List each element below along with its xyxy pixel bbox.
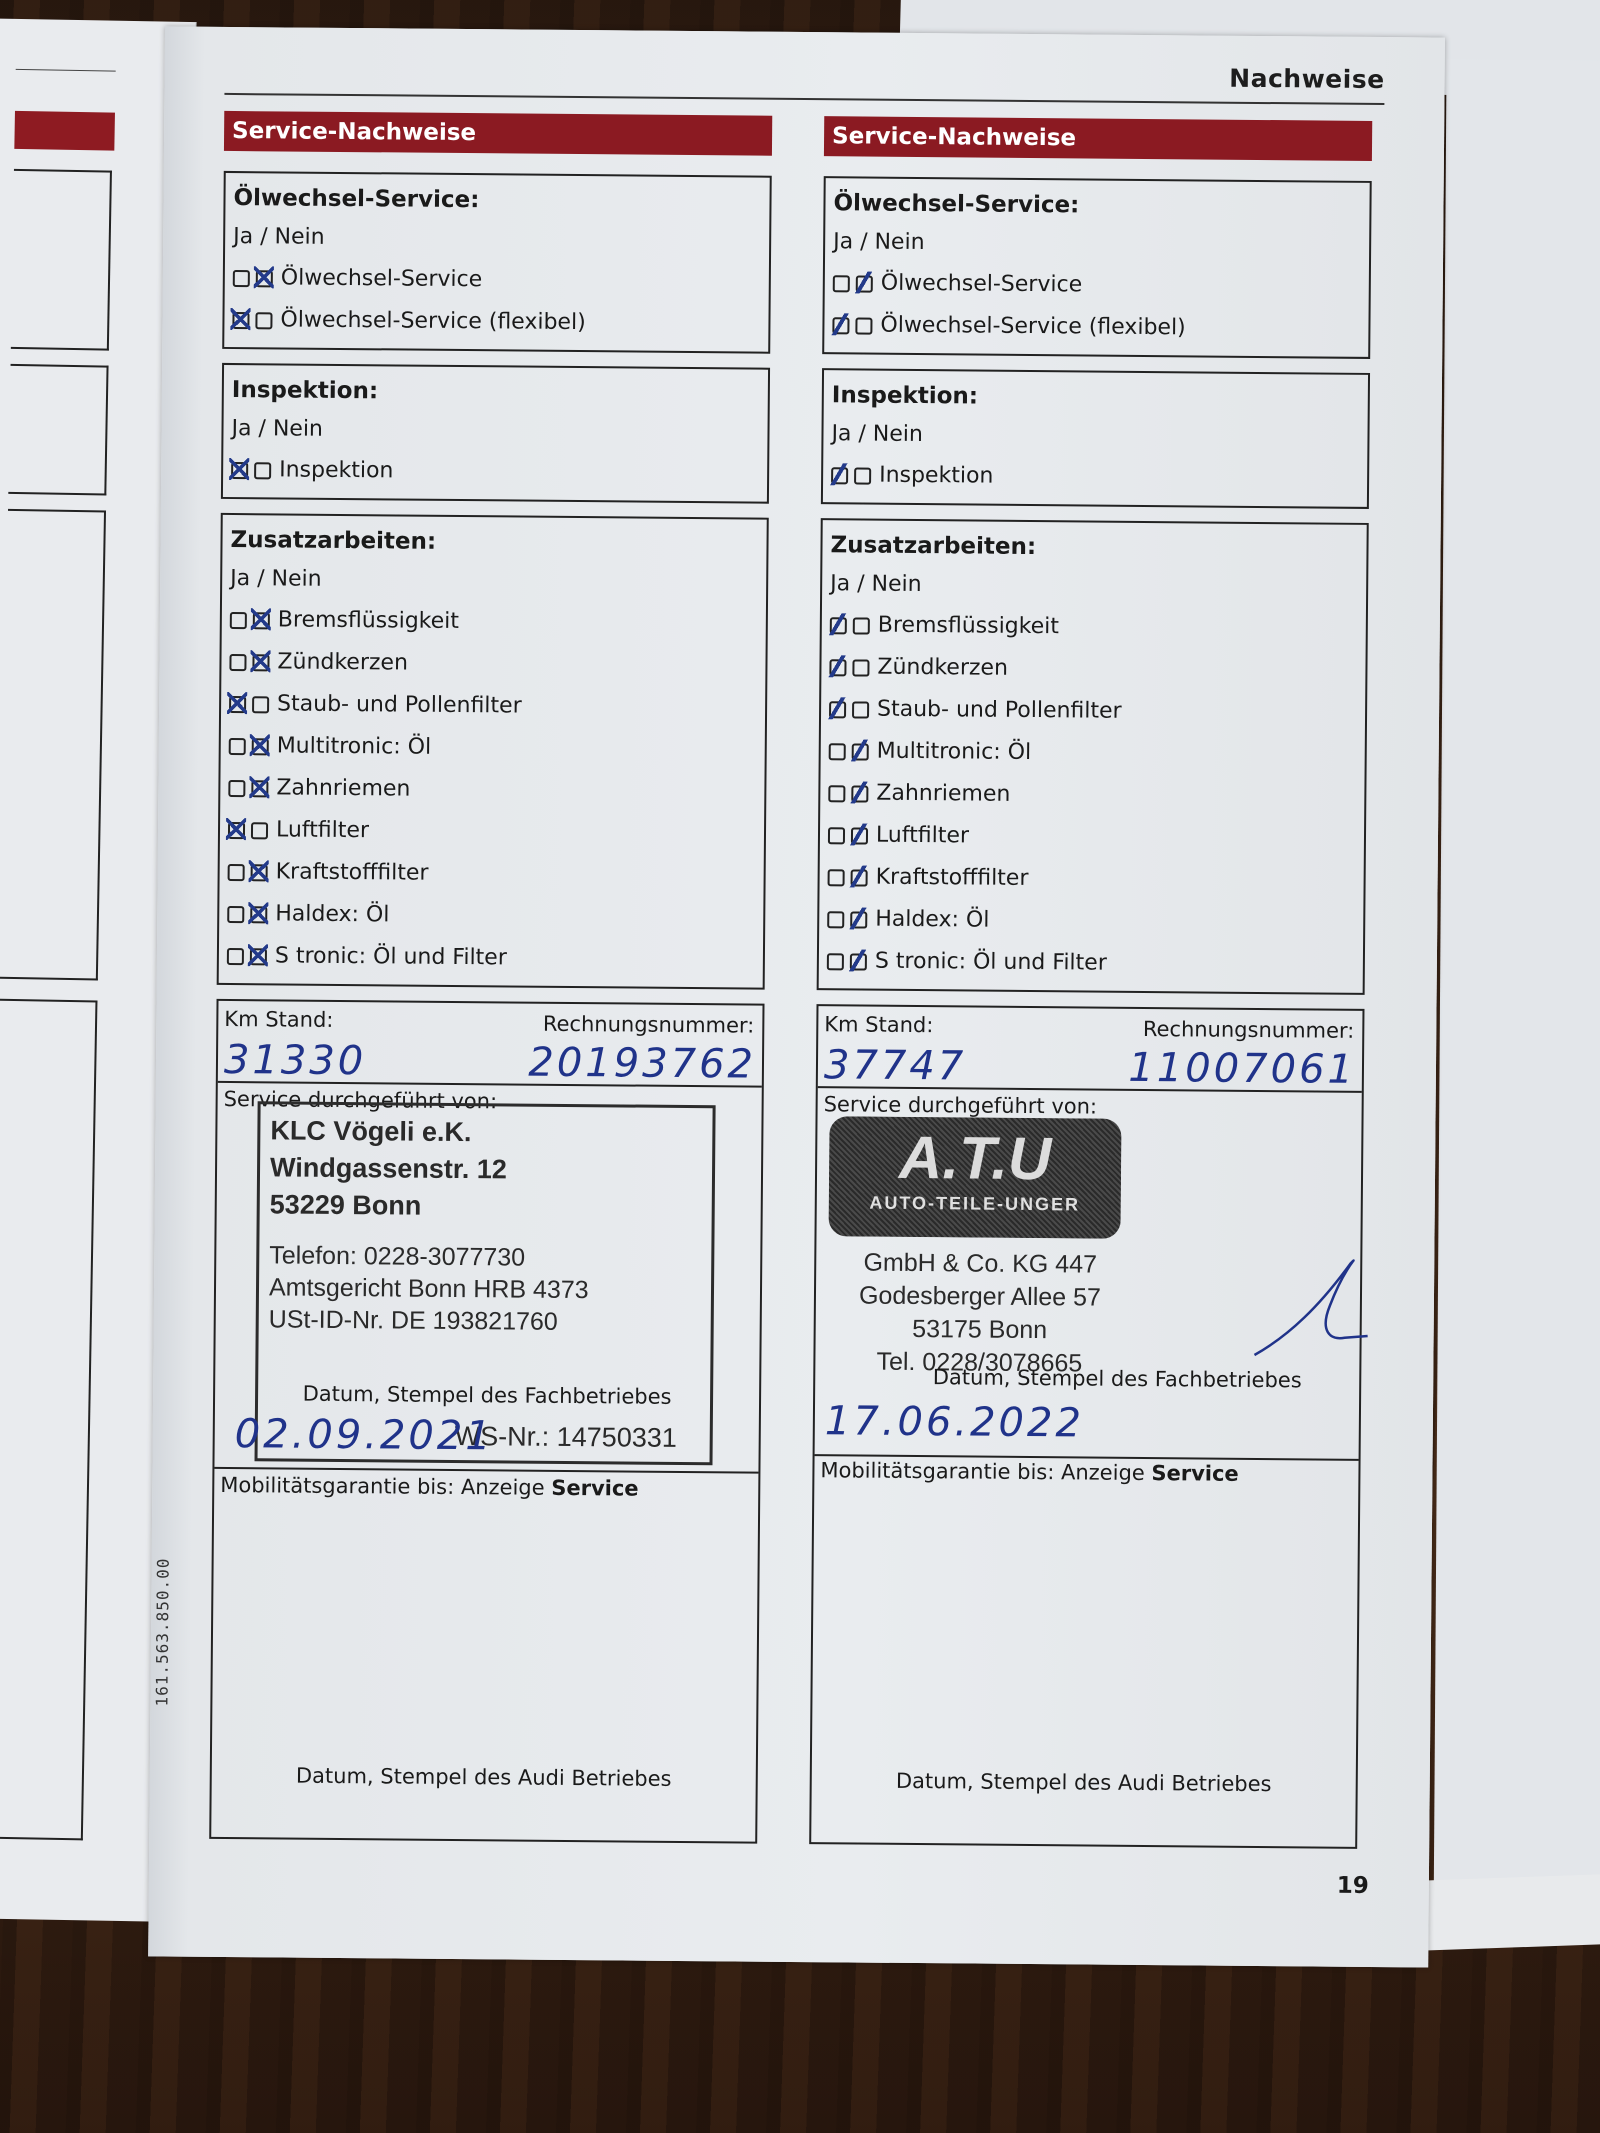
oil-service-title: Ölwechsel-Service:	[833, 184, 1361, 227]
ja-checkbox[interactable]	[827, 953, 844, 970]
invoice-label: Rechnungsnummer:	[543, 1012, 755, 1038]
checklist-label: Zahnriemen	[276, 767, 410, 810]
nein-checkbox[interactable]	[250, 906, 267, 923]
checklist-label: Bremsflüssigkeit	[278, 599, 459, 643]
km-label: Km Stand:	[824, 1012, 933, 1037]
inspection-box: Inspektion: Ja / Nein Inspektion	[821, 368, 1370, 509]
checklist-label: Ölwechsel-Service (flexibel)	[880, 305, 1186, 350]
checklist-label: Kraftstofffilter	[875, 857, 1028, 900]
nein-checkbox[interactable]	[850, 911, 867, 928]
service-date[interactable]: 02.09.2021	[235, 1411, 494, 1459]
mileage-invoice-area: Km Stand: Rechnungsnummer: 37747 1100706…	[818, 1006, 1363, 1093]
atu-logo-stamp: A.T.UAUTO-TEILE-UNGER	[828, 1116, 1121, 1239]
stamp-line: Godesberger Allee 57	[830, 1279, 1130, 1315]
nein-checkbox[interactable]	[252, 654, 269, 671]
ja-nein-label: Ja / Nein	[830, 564, 1358, 609]
checklist-row: Ölwechsel-Service	[833, 262, 1361, 309]
nein-checkbox[interactable]	[253, 612, 270, 629]
inspection-title: Inspektion:	[832, 376, 1360, 419]
oil-service-box: Ölwechsel-Service: Ja / Nein Ölwechsel-S…	[822, 176, 1372, 359]
nein-checkbox[interactable]	[851, 827, 868, 844]
checklist-row: Ölwechsel-Service (flexibel)	[832, 304, 1360, 351]
checklist-row: Ölwechsel-Service	[233, 257, 761, 304]
ja-checkbox[interactable]	[229, 737, 246, 754]
extra-work-box: Zusatzarbeiten: Ja / Nein Bremsflüssigke…	[217, 513, 769, 990]
workshop-stamp-label: Datum, Stempel des Fachbetriebes	[875, 1365, 1359, 1393]
checklist-row: Luftfilter	[828, 814, 1356, 861]
checklist-label: Bremsflüssigkeit	[878, 605, 1059, 649]
form-box	[8, 364, 108, 496]
nein-checkbox[interactable]	[251, 822, 268, 839]
nein-checkbox[interactable]	[855, 317, 872, 334]
ja-checkbox[interactable]	[832, 317, 849, 334]
service-book-page: Nachweise Service-Nachweise Ölwechsel-Se…	[148, 26, 1445, 1967]
nein-checkbox[interactable]	[852, 743, 869, 760]
ja-checkbox[interactable]	[831, 467, 848, 484]
checklist-label: Ölwechsel-Service	[881, 263, 1083, 307]
checklist-label: Zahnriemen	[876, 773, 1010, 816]
checklist-label: Luftfilter	[276, 809, 369, 852]
service-record: Service-Nachweise Ölwechsel-Service: Ja …	[209, 111, 772, 1844]
ja-checkbox[interactable]	[228, 779, 245, 796]
stamp-line: Windgassenstr. 12	[270, 1149, 702, 1190]
inspection-title: Inspektion:	[232, 371, 760, 414]
ja-nein-label: Ja / Nein	[833, 222, 1361, 267]
checklist-row: Multitronic: Öl	[229, 725, 757, 772]
mobility-guarantee-label: Mobilitätsgarantie bis: Anzeige Service	[820, 1458, 1239, 1486]
km-value[interactable]: 37747	[824, 1042, 967, 1089]
section-title: Service-Nachweise	[224, 111, 772, 156]
checklist-row: Kraftstofffilter	[227, 851, 755, 898]
extra-work-title: Zusatzarbeiten:	[230, 521, 758, 564]
stamp-line: Telefon: 0228-3077730	[269, 1239, 701, 1275]
invoice-value[interactable]: 20193762	[528, 1040, 756, 1088]
checklist-row: Inspektion	[831, 454, 1359, 501]
checklist-row: Staub- und Pollenfilter	[829, 688, 1357, 735]
stamp-line: KLC Vögeli e.K.	[270, 1112, 702, 1153]
nein-checkbox[interactable]	[251, 780, 268, 797]
extra-work-box: Zusatzarbeiten: Ja / Nein Bremsflüssigke…	[817, 518, 1369, 995]
audi-stamp-label[interactable]: Datum, Stempel des Audi Betriebes	[212, 1763, 756, 1792]
stamp-line: 53175 Bonn	[830, 1312, 1130, 1348]
stamp-line: 53229 Bonn	[270, 1186, 702, 1227]
invoice-label: Rechnungsnummer:	[1143, 1017, 1355, 1043]
stamp-line: GmbH & Co. KG 447	[830, 1246, 1130, 1282]
form-box	[0, 509, 106, 981]
checklist-label: S tronic: Öl und Filter	[875, 941, 1107, 985]
checklist-label: Haldex: Öl	[275, 893, 389, 936]
ja-checkbox[interactable]	[830, 617, 847, 634]
ja-checkbox[interactable]	[229, 654, 246, 671]
checklist-row: Zahnriemen	[828, 772, 1356, 819]
checklist-row: Multitronic: Öl	[829, 730, 1357, 777]
km-label: Km Stand:	[224, 1007, 333, 1032]
form-box	[11, 169, 112, 351]
ja-checkbox[interactable]	[829, 743, 846, 760]
oil-service-box: Ölwechsel-Service: Ja / Nein Ölwechsel-S…	[222, 171, 772, 354]
nein-checkbox[interactable]	[255, 312, 272, 329]
ja-checkbox[interactable]	[227, 905, 244, 922]
ja-checkbox[interactable]	[230, 612, 247, 629]
service-details-box: Km Stand: Rechnungsnummer: 31330 2019376…	[209, 999, 764, 1844]
nein-checkbox[interactable]	[254, 462, 271, 479]
page-number: 19	[1337, 1873, 1369, 1899]
ja-checkbox[interactable]	[232, 312, 249, 329]
signature-icon	[1249, 1255, 1370, 1366]
checklist-row: Staub- und Pollenfilter	[229, 683, 757, 730]
checklist-row: Haldex: Öl	[827, 898, 1355, 945]
ja-checkbox[interactable]	[228, 821, 245, 838]
audi-stamp-label[interactable]: Datum, Stempel des Audi Betriebes	[812, 1768, 1356, 1797]
checklist-label: Ölwechsel-Service	[281, 257, 483, 301]
background-paper-right	[1433, 59, 1600, 1940]
nein-checkbox[interactable]	[851, 785, 868, 802]
workshop-stamp: KLC Vögeli e.K.Windgassenstr. 1253229 Bo…	[255, 1101, 716, 1465]
ja-checkbox[interactable]	[231, 462, 248, 479]
nein-checkbox[interactable]	[256, 270, 273, 287]
nein-checkbox[interactable]	[852, 659, 869, 676]
checklist-row: Bremsflüssigkeit	[230, 599, 758, 646]
nein-checkbox[interactable]	[252, 696, 269, 713]
checklist-row: S tronic: Öl und Filter	[227, 935, 755, 982]
stamp-line: USt-ID-Nr. DE 193821760	[269, 1303, 701, 1339]
ja-checkbox[interactable]	[829, 701, 846, 718]
workshop-stamp: GmbH & Co. KG 447Godesberger Allee 57531…	[829, 1246, 1130, 1381]
checklist-row: Zündkerzen	[829, 646, 1357, 693]
ja-nein-label: Ja / Nein	[230, 559, 758, 604]
checklist-label: Staub- und Pollenfilter	[877, 689, 1122, 733]
header-rule	[224, 93, 1384, 105]
checklist-row: Ölwechsel-Service (flexibel)	[232, 299, 760, 346]
checklist-label: Inspektion	[879, 455, 994, 498]
section-bar	[14, 111, 115, 151]
checklist-label: Multitronic: Öl	[277, 725, 432, 768]
checklist-label: S tronic: Öl und Filter	[275, 935, 507, 979]
ja-checkbox[interactable]	[828, 785, 845, 802]
page-header-title: Nachweise	[1229, 64, 1385, 94]
service-by-label: Service durchgeführt von:	[824, 1092, 1098, 1118]
ja-checkbox[interactable]	[828, 869, 845, 886]
ja-checkbox[interactable]	[228, 863, 245, 880]
checklist-row: Kraftstofffilter	[827, 856, 1355, 903]
checklist-label: Zündkerzen	[877, 647, 1008, 690]
ja-checkbox[interactable]	[829, 659, 846, 676]
checklist-label: Zündkerzen	[277, 641, 408, 684]
service-date[interactable]: 17.06.2022	[825, 1398, 1084, 1446]
checklist-row: Luftfilter	[228, 809, 756, 856]
ja-nein-label: Ja / Nein	[231, 409, 759, 454]
section-title: Service-Nachweise	[824, 116, 1372, 161]
checklist-row: Inspektion	[231, 449, 759, 496]
nein-checkbox[interactable]	[854, 467, 871, 484]
extra-work-title: Zusatzarbeiten:	[830, 526, 1358, 569]
service-details-box: Km Stand: Rechnungsnummer: 37747 1100706…	[809, 1004, 1364, 1849]
checklist-label: Kraftstofffilter	[275, 851, 428, 894]
mobility-guarantee-label: Mobilitätsgarantie bis: Anzeige Service	[220, 1473, 639, 1501]
nein-checkbox[interactable]	[251, 864, 268, 881]
nein-checkbox[interactable]	[850, 953, 867, 970]
checklist-row: Zündkerzen	[229, 641, 757, 688]
nein-checkbox[interactable]	[250, 948, 267, 965]
nein-checkbox[interactable]	[252, 738, 269, 755]
mileage-invoice-area: Km Stand: Rechnungsnummer: 31330 2019376…	[218, 1001, 763, 1088]
nein-checkbox[interactable]	[856, 275, 873, 292]
checklist-label: Ölwechsel-Service (flexibel)	[280, 299, 586, 344]
nein-checkbox[interactable]	[852, 701, 869, 718]
stamp-line: Amtsgericht Bonn HRB 4373	[269, 1271, 701, 1307]
service-record: Service-Nachweise Ölwechsel-Service: Ja …	[809, 116, 1372, 1849]
ja-checkbox[interactable]	[229, 696, 246, 713]
oil-service-title: Ölwechsel-Service:	[233, 179, 761, 222]
ja-checkbox[interactable]	[833, 275, 850, 292]
atu-logo-subtitle: AUTO-TEILE-UNGER	[829, 1192, 1121, 1216]
checklist-row: Zahnriemen	[228, 767, 756, 814]
inspection-box: Inspektion: Ja / Nein Inspektion	[221, 363, 770, 504]
header-rule	[16, 69, 116, 72]
ja-checkbox[interactable]	[233, 270, 250, 287]
km-value[interactable]: 31330	[224, 1037, 367, 1084]
workshop-stamp-label: Datum, Stempel des Fachbetriebes	[215, 1381, 759, 1410]
invoice-value[interactable]: 11007061	[1128, 1045, 1356, 1093]
ja-nein-label: Ja / Nein	[233, 217, 761, 262]
nein-checkbox[interactable]	[853, 617, 870, 634]
checklist-label: Staub- und Pollenfilter	[277, 683, 522, 727]
checklist-label: Haldex: Öl	[875, 899, 989, 942]
checklist-label: Luftfilter	[876, 815, 969, 858]
checklist-label: Inspektion	[279, 449, 394, 492]
nein-checkbox[interactable]	[851, 869, 868, 886]
checklist-row: Haldex: Öl	[227, 893, 755, 940]
checklist-row: Bremsflüssigkeit	[830, 604, 1358, 651]
article-number: 161.563.850.00	[152, 1558, 172, 1707]
checklist-label: Multitronic: Öl	[877, 731, 1032, 774]
form-box	[0, 999, 97, 1841]
ja-checkbox[interactable]	[828, 827, 845, 844]
checklist-row: S tronic: Öl und Filter	[827, 940, 1355, 987]
ja-checkbox[interactable]	[227, 947, 244, 964]
atu-logo-text: A.T.U	[829, 1116, 1122, 1195]
ja-checkbox[interactable]	[827, 911, 844, 928]
ja-nein-label: Ja / Nein	[831, 414, 1359, 459]
